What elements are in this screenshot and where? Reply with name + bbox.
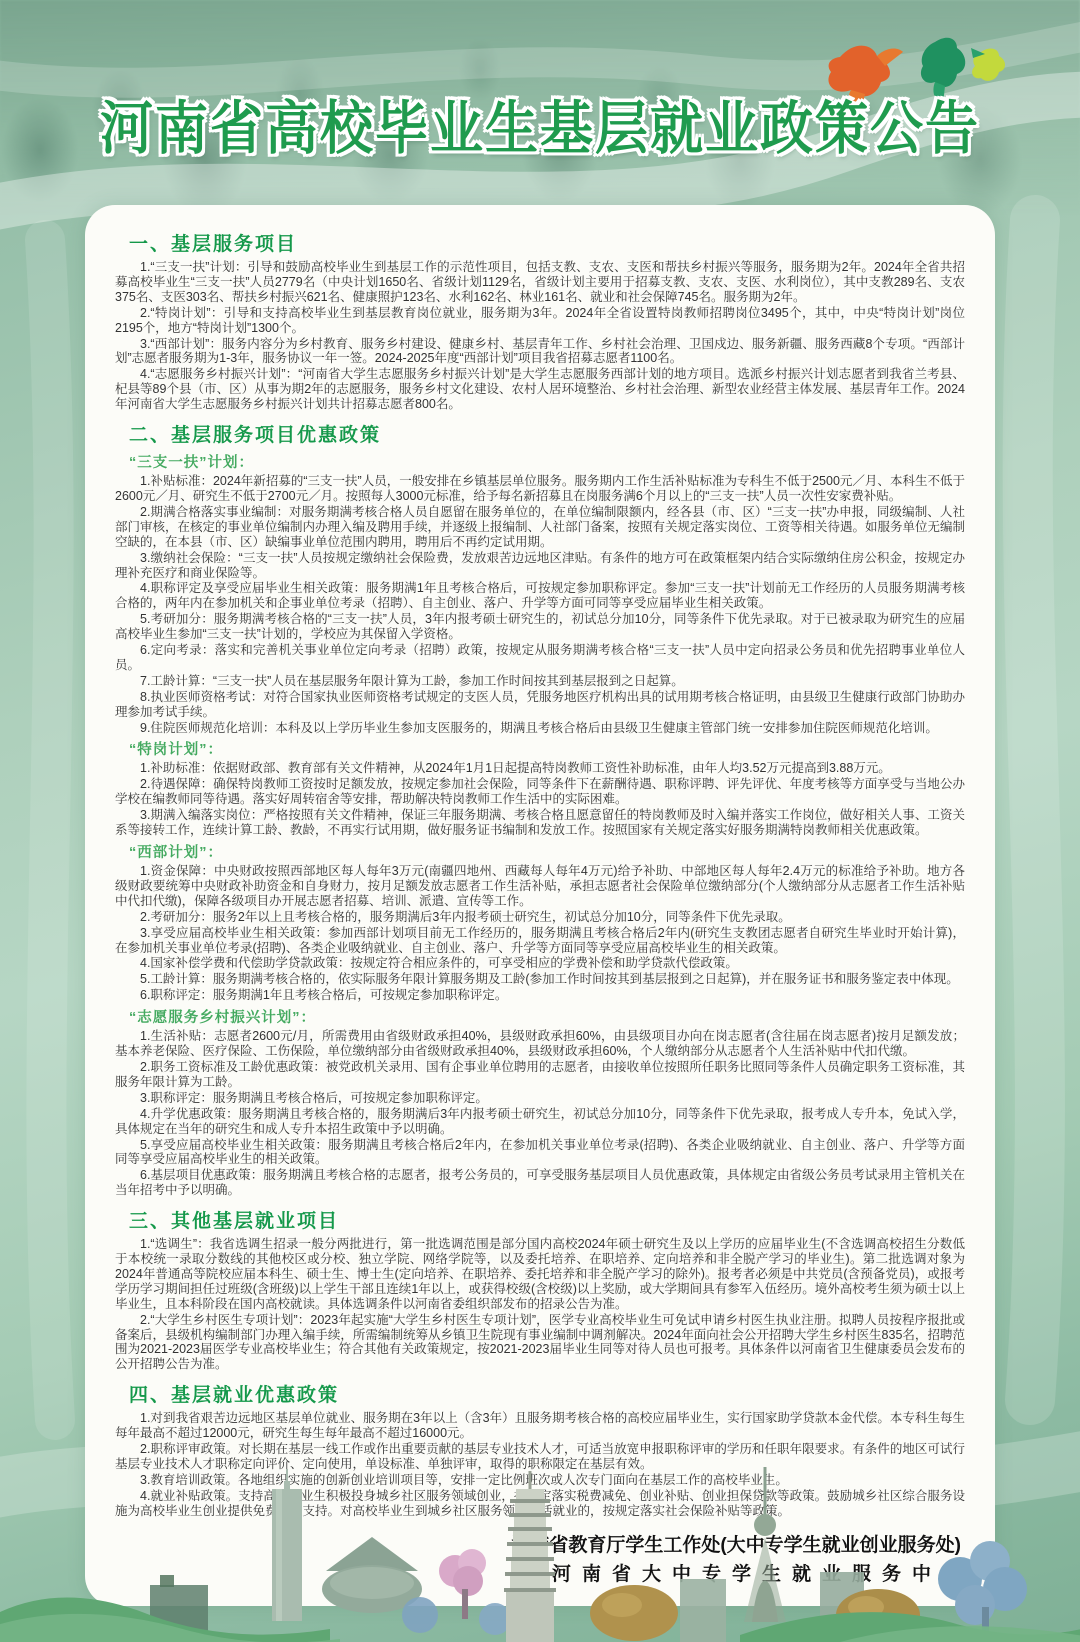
pagoda-building xyxy=(504,1471,556,1642)
policy-paragraph: 8.执业医师资格考试：对符合国家执业医师资格考试规定的支医人员，凭服务地医疗机构… xyxy=(115,690,965,720)
policy-paragraph: 1.资金保障：中央财政按照西部地区每人每年3万元(南疆四地州、西藏每人每年4万元… xyxy=(115,864,965,909)
section-heading: 二、基层服务项目优惠政策 xyxy=(129,420,965,447)
policy-paragraph: 2.期满合格落实事业编制：对服务期满考核合格人员自愿留在服务单位的，在单位编制限… xyxy=(115,505,965,550)
policy-paragraph: 2.职务工资标准及工龄优惠政策：被党政机关录用、国有企事业单位聘用的志愿者，由接… xyxy=(115,1060,965,1090)
policy-paragraph: 5.工龄计算：服务期满考核合格的，依实际服务年限计算服务期及工龄(参加工作时间按… xyxy=(115,972,965,987)
policy-paragraph: 4.职称评定及享受应届毕业生相关政策：服务期满1年且考核合格后，可按规定参加职称… xyxy=(115,581,965,611)
policy-panel: 一、基层服务项目1.“三支一扶”计划：引导和鼓励高校毕业生到基层工作的示范性项目… xyxy=(85,205,995,1606)
tower-building xyxy=(272,1469,302,1621)
policy-paragraph: 3.缴纳社会保险：“三支一扶”人员按规定缴纳社会保险费，发放艰苦边远地区津贴。有… xyxy=(115,551,965,581)
policy-paragraph: 2.“特岗计划”：引导和支持高校毕业生到基层教育岗位就业，服务期为3年。2024… xyxy=(115,306,965,336)
policy-paragraph: 9.住院医师规范化培训：本科及以上学历毕业生参加支医服务的，期满且考核合格后由县… xyxy=(115,721,965,736)
policy-paragraph: 3.享受应届高校毕业生相关政策：参加西部计划项目前无工作经历的，服务期满且考核合… xyxy=(115,926,965,956)
city-skyline-illustration xyxy=(0,1467,1080,1642)
policy-paragraph: 6.定向考录：落实和完善机关事业单位定向考录（招聘）政策，按规定从服务期满考核合… xyxy=(115,643,965,673)
section-heading: 三、其他基层就业项目 xyxy=(129,1206,965,1233)
policy-paragraph: 4.升学优惠政策：服务期满且考核合格的，服务期满后3年内报考硕士研究生，初试总分… xyxy=(115,1107,965,1137)
policy-paragraph: 1.补贴标准：2024年新招募的“三支一扶”人员，一般安排在乡镇基层单位服务。服… xyxy=(115,474,965,504)
spire-tower-building xyxy=(744,1467,786,1622)
policy-paragraph: 4.“志愿服务乡村振兴计划”：“河南省大学生志愿服务乡村振兴计划”是大学生志愿服… xyxy=(115,367,965,412)
stadium-building xyxy=(322,1537,422,1613)
page-title: 河南省高校毕业生基层就业政策公告 xyxy=(0,83,1080,165)
policy-paragraph: 3.“西部计划”：服务内容分为乡村教育、服务乡村建设、健康乡村、基层青年工作、乡… xyxy=(115,337,965,367)
subsection-heading: “西部计划”： xyxy=(129,841,965,862)
policy-paragraph: 1.对到我省艰苦边远地区基层单位就业、服务期在3年以上（含3年）且服务期考核合格… xyxy=(115,1411,965,1441)
subsection-heading: “志愿服务乡村振兴计划”： xyxy=(129,1006,965,1027)
policy-paragraph: 4.国家补偿学费和代偿助学贷款政策：按规定符合相应条件的，可享受相应的学费补偿和… xyxy=(115,956,965,971)
section-heading: 一、基层服务项目 xyxy=(129,229,965,256)
poster-background: 河南省高校毕业生基层就业政策公告 一、基层服务项目1.“三支一扶”计划：引导和鼓… xyxy=(0,0,1080,1642)
policy-paragraph: 5.享受应届高校毕业生相关政策：服务期满且考核合格后2年内，在参加机关事业单位考… xyxy=(115,1138,965,1168)
policy-paragraph: 1.补助标准：依据财政部、教育部有关文件精神，从2024年1月1日起提高特岗教师… xyxy=(115,761,965,776)
policy-paragraph: 1.“三支一扶”计划：引导和鼓励高校毕业生到基层工作的示范性项目，包括支教、支农… xyxy=(115,260,965,305)
policy-paragraph: 2.待遇保障：确保特岗教师工资按时足额发放，按规定参加社会保险，同等条件下在薪酬… xyxy=(115,777,965,807)
policy-paragraph: 5.考研加分：服务期满考核合格的“三支一扶”人员，3年内报考硕士研究生的，初试总… xyxy=(115,612,965,642)
subsection-heading: “三支一扶”计划： xyxy=(129,451,965,472)
blossom-tree xyxy=(439,1549,486,1619)
policy-sections: 一、基层服务项目1.“三支一扶”计划：引导和鼓励高校毕业生到基层工作的示范性项目… xyxy=(115,229,965,1519)
policy-paragraph: 1.生活补贴：志愿者2600元/月，所需费用由省级财政承担40%，县级财政承担6… xyxy=(115,1029,965,1059)
section-heading: 四、基层就业优惠政策 xyxy=(129,1380,965,1407)
policy-section: 三、其他基层就业项目1.“选调生”：我省选调生招录一般分两批进行，第一批选调范围… xyxy=(115,1206,965,1372)
policy-paragraph: 3.期满入编落实岗位：严格按照有关文件精神，保证三年服务期满、考核合格且愿意留任… xyxy=(115,808,965,838)
policy-paragraph: 6.职称评定：服务期满1年且考核合格后，可按规定参加职称评定。 xyxy=(115,988,965,1003)
subsection-heading: “特岗计划”： xyxy=(129,738,965,759)
policy-paragraph: 2.“大学生乡村医生专项计划”：2023年起实施“大学生乡村医生专项计划”，医学… xyxy=(115,1313,965,1373)
policy-paragraph: 7.工龄计算：“三支一扶”人员在基层服务年限计算为工龄，参加工作时间按其到基层报… xyxy=(115,674,965,689)
policy-section: 一、基层服务项目1.“三支一扶”计划：引导和鼓励高校毕业生到基层工作的示范性项目… xyxy=(115,229,965,412)
policy-paragraph: 6.基层项目优惠政策：服务期满且考核合格的志愿者，报考公务员的，可享受服务基层项… xyxy=(115,1168,965,1198)
bird-yellow-icon xyxy=(971,48,1005,81)
policy-paragraph: 1.“选调生”：我省选调生招录一般分两批进行，第一批选调范围是部分国内高校202… xyxy=(115,1237,965,1312)
policy-section: 二、基层服务项目优惠政策“三支一扶”计划：1.补贴标准：2024年新招募的“三支… xyxy=(115,420,965,1198)
policy-paragraph: 2.考研加分：服务2年以上且考核合格的，服务期满后3年内报考硕士研究生，初试总分… xyxy=(115,910,965,925)
policy-paragraph: 3.职称评定：服务期满且考核合格后，可按规定参加职称评定。 xyxy=(115,1091,965,1106)
